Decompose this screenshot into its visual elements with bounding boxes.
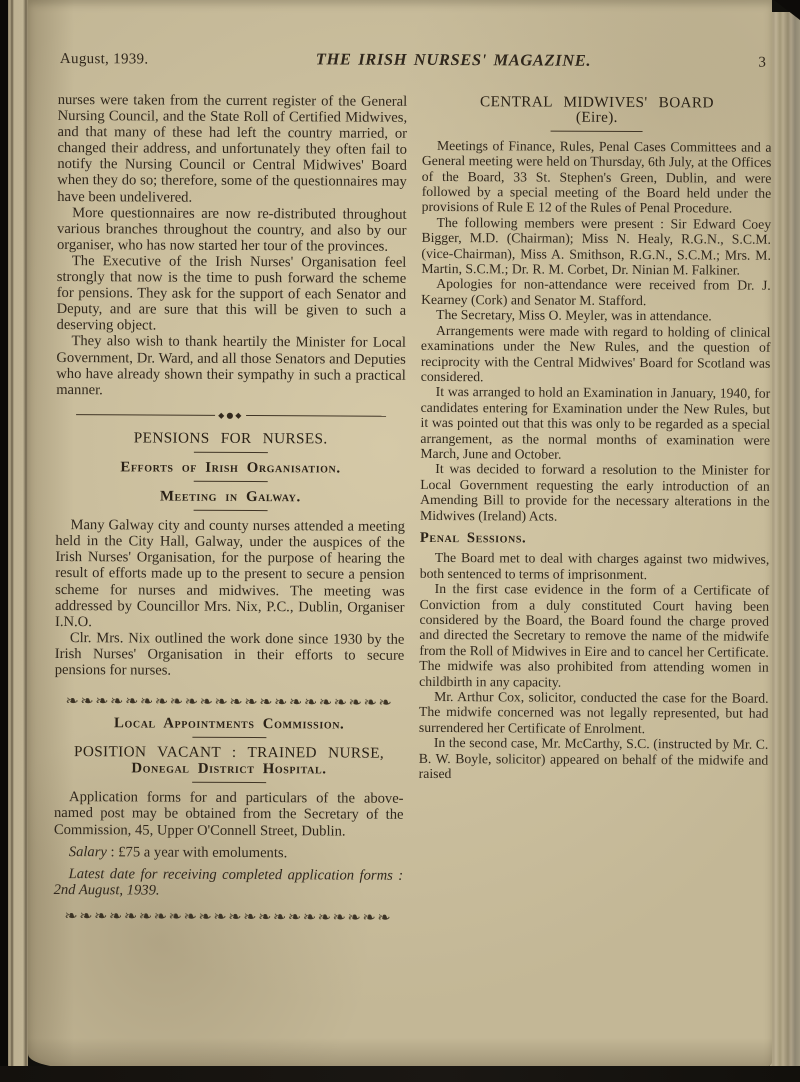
heading-rule xyxy=(192,782,266,783)
paragraph: The following members were present : Sir… xyxy=(421,215,771,278)
paragraph: Apologies for non-attendance were receiv… xyxy=(421,276,771,309)
book-spine-edge xyxy=(0,0,28,1068)
heading-rule xyxy=(193,510,267,511)
heading-rule xyxy=(551,130,643,131)
paragraph: Mr. Arthur Cox, solicitor, conducted the… xyxy=(419,689,769,737)
subtitle-galway: Meeting in Galway. xyxy=(56,488,406,506)
paragraph: It was decided to forward a resolution t… xyxy=(420,461,770,524)
heading-rule xyxy=(194,452,268,453)
magazine-page: August, 1939. THE IRISH NURSES' MAGAZINE… xyxy=(28,0,772,1068)
vacancy-title-line1: POSITION VACANT : TRAINED NURSE, xyxy=(54,744,404,762)
closing-date-line: Latest date for receiving completed appl… xyxy=(54,866,404,900)
book-fore-edge xyxy=(770,12,800,1076)
subheading-penal-sessions: Penal Sessions. xyxy=(420,531,770,548)
paragraph: The Executive of the Irish Nurses' Organ… xyxy=(57,253,407,335)
paragraph: Clr. Mrs. Nix outlined the work done sin… xyxy=(55,630,405,680)
section-title-appointments: Local Appointments Commission. xyxy=(54,715,404,733)
left-column: nurses were taken from the current regis… xyxy=(53,92,407,927)
salary-line: Salary : £75 a year with emoluments. xyxy=(54,844,404,862)
paragraph: Meetings of Finance, Rules, Penal Cases … xyxy=(422,138,772,217)
heading-rule xyxy=(192,737,266,738)
right-column: CENTRAL MIDWIVES' BOARD (Eire). Meetings… xyxy=(418,94,772,929)
paragraph: More questionnaires are now re-distribut… xyxy=(57,205,407,255)
salary-value: : £75 a year with emoluments. xyxy=(107,844,287,861)
vacancy-title-line2: Donegal District Hospital. xyxy=(54,760,404,778)
page-content: August, 1939. THE IRISH NURSES' MAGAZINE… xyxy=(53,48,772,929)
paragraph: Application forms for and particulars of… xyxy=(54,789,404,839)
paragraph: The Board met to deal with charges again… xyxy=(420,550,770,583)
section-title-board-sub: (Eire). xyxy=(422,109,772,126)
two-column-layout: nurses were taken from the current regis… xyxy=(53,92,771,929)
subtitle-efforts: Efforts of Irish Organisation. xyxy=(56,459,406,477)
page-number: 3 xyxy=(758,55,770,72)
paragraph: Many Galway city and county nurses atten… xyxy=(55,517,405,631)
scroll-ornament-border: ❧❧❧❧❧❧❧❧❧❧❧❧❧❧❧❧❧❧❧❧❧❧ xyxy=(55,692,405,711)
paragraph: In the second case, Mr. McCarthy, S.C. (… xyxy=(419,735,769,783)
paragraph: The Secretary, Miss O. Meyler, was in at… xyxy=(421,307,771,324)
section-title-pensions: PENSIONS FOR NURSES. xyxy=(56,430,406,448)
paragraph: Arrangements were made with regard to ho… xyxy=(421,323,771,386)
photo-bottom-shadow xyxy=(0,1066,800,1082)
issue-date: August, 1939. xyxy=(60,51,149,68)
paragraph: They also wish to thank heartily the Min… xyxy=(56,333,406,399)
paragraph: nurses were taken from the current regis… xyxy=(57,92,407,206)
divider-line xyxy=(76,414,215,416)
salary-label: Salary xyxy=(69,844,107,860)
paragraph: It was arranged to hold an Examination i… xyxy=(420,384,770,463)
page-header: August, 1939. THE IRISH NURSES' MAGAZINE… xyxy=(60,48,770,72)
heading-rule xyxy=(193,481,267,482)
section-divider: ◆●◆ xyxy=(76,407,386,425)
diamond-ornament-icon: ◆●◆ xyxy=(215,408,246,424)
scroll-ornament-border: ❧❧❧❧❧❧❧❧❧❧❧❧❧❧❧❧❧❧❧❧❧❧ xyxy=(53,907,403,926)
paragraph: In the first case evidence in the form o… xyxy=(419,581,769,691)
magazine-title: THE IRISH NURSES' MAGAZINE. xyxy=(148,48,758,71)
divider-line xyxy=(246,415,385,417)
